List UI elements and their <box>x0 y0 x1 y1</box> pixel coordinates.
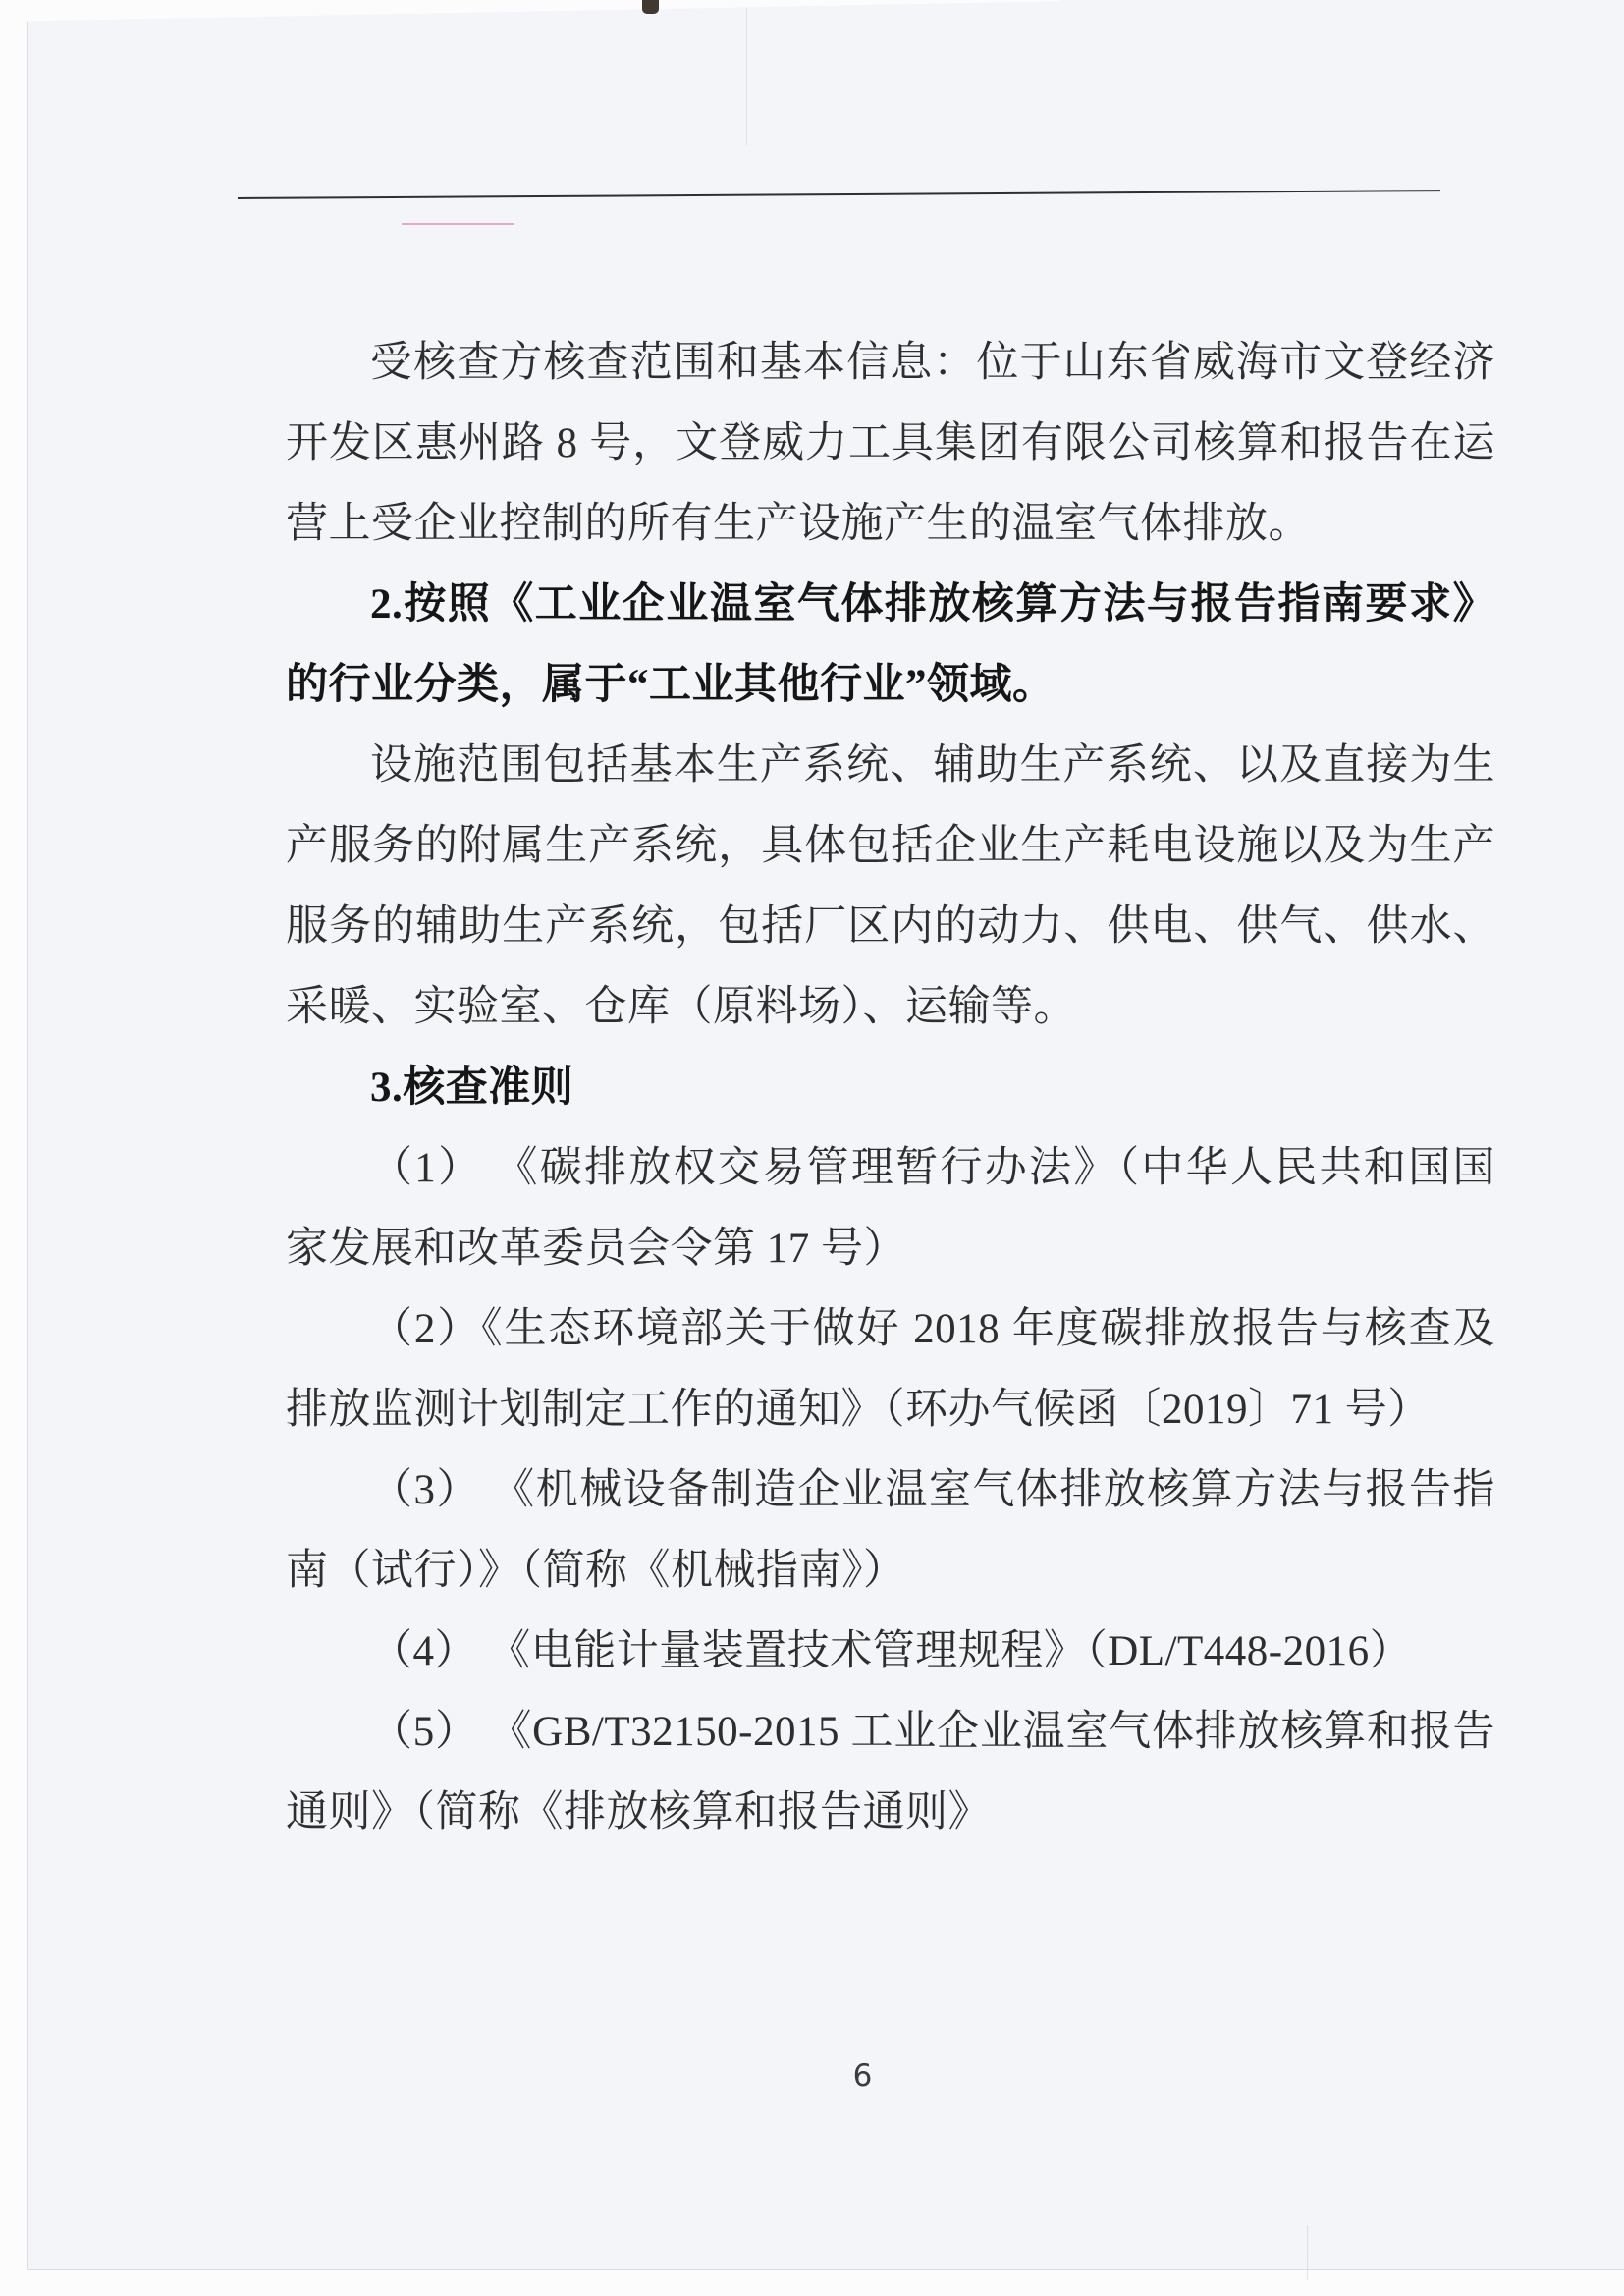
text-line: （2）《生态环境部关于做好 2018 年度碳排放报告与核查及 <box>286 1289 1495 1370</box>
text-line: 受核查方核查范围和基本信息：位于山东省威海市文登经济 <box>286 323 1495 404</box>
text-line: （5） 《GB/T32150-2015 工业企业温室气体排放核算和报告 <box>286 1692 1495 1773</box>
text-line: 的行业分类，属于“工业其他行业”领域。 <box>286 645 1495 726</box>
text-line: 3.核查准则 <box>286 1048 1495 1128</box>
text-line: 开发区惠州路 8 号，文登威力工具集团有限公司核算和报告在运 <box>286 404 1495 484</box>
text-line: （3） 《机械设备制造企业温室气体排放核算方法与报告指 <box>286 1450 1495 1531</box>
text-line: 产服务的附属生产系统，具体包括企业生产耗电设施以及为生产 <box>286 806 1495 887</box>
text-line: 服务的辅助生产系统，包括厂区内的动力、供电、供气、供水、 <box>286 887 1495 967</box>
text-line: 2.按照《工业企业温室气体排放核算方法与报告指南要求》 <box>286 565 1495 645</box>
pink-underline-mark <box>402 223 514 225</box>
scan-artifact-line <box>1307 2225 1308 2280</box>
scanner-top-margin <box>0 0 1060 22</box>
binding-mark <box>642 0 659 14</box>
text-line: 营上受企业控制的所有生产设施产生的温室气体排放。 <box>286 484 1495 565</box>
text-line: 设施范围包括基本生产系统、辅助生产系统、以及直接为生 <box>286 726 1495 806</box>
text-line: 采暖、实验室、仓库（原料场）、运输等。 <box>286 967 1495 1048</box>
text-line: 南（试行）》（简称《机械指南》） <box>286 1531 1495 1612</box>
text-line: 排放监测计划制定工作的通知》（环办气候函〔2019〕71 号） <box>286 1370 1495 1450</box>
body-text: 受核查方核查范围和基本信息：位于山东省威海市文登经济开发区惠州路 8 号，文登威… <box>286 323 1495 1853</box>
text-line: 家发展和改革委员会令第 17 号） <box>286 1209 1495 1289</box>
page-number: 6 <box>28 2058 1624 2094</box>
scanned-document: { "colors": { "paper": "#f4f5f9", "margi… <box>0 0 1624 2296</box>
text-line: （4） 《电能计量装置技术管理规程》（DL/T448-2016） <box>286 1612 1495 1692</box>
document-page: 受核查方核查范围和基本信息：位于山东省威海市文登经济开发区惠州路 8 号，文登威… <box>27 0 1624 2270</box>
header-rule <box>238 190 1440 199</box>
text-line: 通则》（简称《排放核算和报告通则》 <box>286 1773 1495 1853</box>
text-line: （1） 《碳排放权交易管理暂行办法》（中华人民共和国国 <box>286 1128 1495 1209</box>
scan-artifact-line <box>746 8 747 145</box>
